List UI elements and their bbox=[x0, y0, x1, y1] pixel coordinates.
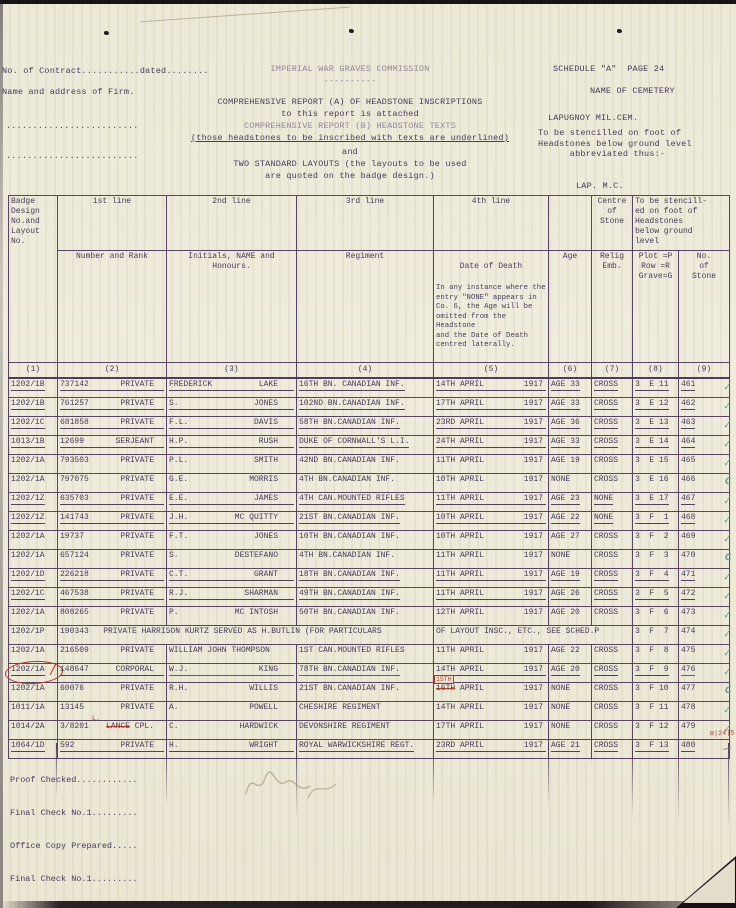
col-header-line3: 3rd line bbox=[297, 196, 434, 251]
table-cell: ROYAL WARWICKSHIRE REGT. bbox=[297, 739, 434, 758]
col-number: (8) bbox=[633, 362, 679, 378]
table-cell: 3 F 2 bbox=[633, 530, 679, 549]
table-cell: 24TH APRIL1917 bbox=[434, 435, 549, 454]
table-cell: AGE 19 bbox=[549, 454, 592, 473]
stencil-note: To be stencilled on foot of Headstones b… bbox=[538, 128, 692, 160]
table-cell: 3 E 11 bbox=[633, 378, 679, 397]
checkmark-annotation: ✓ bbox=[723, 511, 732, 526]
table-cell: 3 F 3 bbox=[633, 549, 679, 568]
table-cell: C.HARDWICK bbox=[167, 720, 297, 739]
table-cell: CROSS bbox=[592, 416, 633, 435]
table-cell: NONE bbox=[549, 720, 592, 739]
table-cell: 3 F 9 bbox=[633, 663, 679, 682]
table-cell: AGE 20 bbox=[549, 663, 592, 682]
table-cell: 1202/1A bbox=[9, 549, 58, 568]
checkmark-annotation: ✓ bbox=[723, 530, 732, 545]
and-word: and bbox=[115, 147, 585, 157]
table-cell: 18TH BN.CANADIAN INF. bbox=[297, 568, 434, 587]
checkmark-annotation: ✓ bbox=[723, 701, 732, 716]
table-cell: CROSS bbox=[592, 739, 633, 758]
table-cell: 468✓ bbox=[679, 511, 730, 530]
table-row: 1202/1C681858PRIVATEF.L.DAVIS58TH BN.CAN… bbox=[9, 416, 730, 435]
table-cell: 1202/1A bbox=[9, 663, 58, 682]
col-header-line4: 4th line bbox=[434, 196, 549, 251]
pencil-mark bbox=[140, 7, 350, 23]
margin-annotation: C bbox=[725, 552, 733, 563]
table-row: 1014/2A3/8201LANCE CPL.L.C.HARDWICKDEVON… bbox=[9, 720, 730, 739]
col-header-number-rank: Number and Rank bbox=[58, 251, 167, 363]
table-cell: 13145PRIVATE bbox=[58, 701, 167, 720]
pin-mark bbox=[104, 31, 109, 35]
firm-line: Name and address of Firm. bbox=[2, 87, 135, 97]
table-cell: 23RD APRIL1917 bbox=[434, 739, 549, 758]
table-cell: H.WRIGHT bbox=[167, 739, 297, 758]
table-cell: 480— bbox=[679, 739, 730, 758]
table-cell: 1202/1C bbox=[9, 416, 58, 435]
table-cell: 11TH APRIL1917 bbox=[434, 587, 549, 606]
table-cell: 10TH APRIL1917 bbox=[434, 473, 549, 492]
table-cell: R.J.SHARMAN bbox=[167, 587, 297, 606]
table-cell: 3 F 4 bbox=[633, 568, 679, 587]
table-cell: DUKE OF CORNWALL'S L.I. bbox=[297, 435, 434, 454]
table-cell: 11TH APRIL1917 bbox=[434, 454, 549, 473]
table-cell: 3 E 12 bbox=[633, 397, 679, 416]
checkmark-annotation: ✓ bbox=[723, 435, 732, 450]
table-cell: 17TH APRIL1917 bbox=[434, 397, 549, 416]
table-cell: 10TH APRIL1917 bbox=[434, 530, 549, 549]
table-cell: 475✓ bbox=[679, 644, 730, 663]
table-cell: 3 F 13 bbox=[633, 739, 679, 758]
table-cell: 466C bbox=[679, 473, 730, 492]
table-body: 1202/1B737142PRIVATEFREDERICKLAKE16TH BN… bbox=[9, 378, 730, 758]
table-cell: 1202/1C bbox=[9, 587, 58, 606]
table-cell: 793503PRIVATE bbox=[58, 454, 167, 473]
table-cell: AGE 21 bbox=[549, 739, 592, 758]
table-cell: 21ST BN.CANADIAN INF. bbox=[297, 682, 434, 701]
table-cell: CROSS bbox=[592, 397, 633, 416]
table-cell: 1202/1P bbox=[9, 625, 58, 644]
col-header-blank bbox=[549, 196, 592, 251]
scan-line-stub bbox=[728, 743, 729, 828]
office-copy-line: Office Copy Prepared..... bbox=[10, 841, 138, 852]
col-number: (4) bbox=[297, 362, 434, 378]
table-cell: AGE 33 bbox=[549, 378, 592, 397]
table-cell: AGE 27 bbox=[549, 530, 592, 549]
table-cell: CROSS bbox=[592, 378, 633, 397]
layouts-line-2: are quoted on the badge design.) bbox=[115, 171, 585, 181]
table-cell: AGE 22 bbox=[549, 511, 592, 530]
table-cell: 461✓ bbox=[679, 378, 730, 397]
table-cell: 1011/1A bbox=[9, 701, 58, 720]
col-header-age: Age bbox=[549, 251, 592, 363]
table-cell: E.E.JAMES bbox=[167, 492, 297, 511]
table-cell: 3 E 14 bbox=[633, 435, 679, 454]
report-a-title: COMPREHENSIVE REPORT (A) OF HEADSTONE IN… bbox=[115, 97, 585, 107]
cemetery-name: LAPUGNOY MIL.CEM. bbox=[548, 113, 638, 123]
table-cell: CROSS bbox=[592, 644, 633, 663]
table-cell: 3 F 6 bbox=[633, 606, 679, 625]
table-cell: 14TH APRIL1917 bbox=[434, 378, 549, 397]
table-cell: 3 F 5 bbox=[633, 587, 679, 606]
table-cell: H.P.RUSH bbox=[167, 435, 297, 454]
handwritten-mark bbox=[238, 760, 348, 804]
table-cell: 467✓ bbox=[679, 492, 730, 511]
final-check-line-2: Final Check No.1......... bbox=[10, 874, 138, 885]
table-cell: 465✓ bbox=[679, 454, 730, 473]
table-cell: 3 F 11 bbox=[633, 701, 679, 720]
table-cell: 3 E 15 bbox=[633, 454, 679, 473]
table-cell: 464✓ bbox=[679, 435, 730, 454]
table-cell: DEVONSHIRE REGIMENT bbox=[297, 720, 434, 739]
table-row: 1013/1B12699SERJEANTH.P.RUSHDUKE OF CORN… bbox=[9, 435, 730, 454]
table-cell: 12699SERJEANT bbox=[58, 435, 167, 454]
table-cell: 681858PRIVATE bbox=[58, 416, 167, 435]
table-cell: 761257PRIVATE bbox=[58, 397, 167, 416]
table-cell: 10TH BN.CANADIAN INF. bbox=[297, 530, 434, 549]
checkmark-annotation: ✓ bbox=[723, 644, 732, 659]
table-cell: 1202/1A bbox=[9, 606, 58, 625]
table-cell: AGE 33 bbox=[549, 435, 592, 454]
table-cell: AGE 33 bbox=[549, 397, 592, 416]
proof-checked-line: Proof Checked............ bbox=[10, 775, 138, 786]
table-cell: NONE bbox=[549, 682, 592, 701]
table-row: 1202/1A148647CORPORALW.J.KING78TH BN.CAN… bbox=[9, 663, 730, 682]
table-cell: 15TH16TH APRIL1917 bbox=[434, 682, 549, 701]
scan-edge-top bbox=[0, 0, 736, 4]
table-cell: 78TH BN.CANADIAN INF. bbox=[297, 663, 434, 682]
table-cell: AGE 22 bbox=[549, 644, 592, 663]
table-cell: OF LAYOUT INSC., ETC., SEE SCHED.P bbox=[434, 625, 633, 644]
table-cell: CROSS bbox=[592, 568, 633, 587]
table-cell: 737142PRIVATE bbox=[58, 378, 167, 397]
table-cell: F.T.JONES bbox=[167, 530, 297, 549]
table-cell: A.POWELL bbox=[167, 701, 297, 720]
checkmark-annotation: ✓ bbox=[723, 397, 732, 412]
table-cell: CROSS bbox=[592, 454, 633, 473]
table-cell: 462✓ bbox=[679, 397, 730, 416]
table-cell: 50TH BN.CANADIAN INF. bbox=[297, 606, 434, 625]
table-row: 1011/1A13145PRIVATEA.POWELLCHESHIRE REGI… bbox=[9, 701, 730, 720]
table-cell: CROSS bbox=[592, 701, 633, 720]
table-cell: 1013/1B bbox=[9, 435, 58, 454]
date-note: In any instance where the entry "NONE" a… bbox=[436, 284, 546, 351]
footer-checks: Proof Checked............ Final Check No… bbox=[10, 753, 138, 907]
table-cell: 1202/1B bbox=[9, 397, 58, 416]
table-row: 1202/1A216509PRIVATEWILLIAM JOHN THOMPSO… bbox=[9, 644, 730, 663]
table-cell: 479✓R|24|5 bbox=[679, 720, 730, 739]
table-cell: 49TH BN.CANADIAN INF. bbox=[297, 587, 434, 606]
table-cell: AGE 26 bbox=[549, 587, 592, 606]
table-cell: AGE 23 bbox=[549, 492, 592, 511]
table-cell: FREDERICKLAKE bbox=[167, 378, 297, 397]
col-number: (6) bbox=[549, 362, 592, 378]
table-cell: NONE bbox=[592, 492, 633, 511]
table-cell: 216509PRIVATE bbox=[58, 644, 167, 663]
col-number: (9) bbox=[679, 362, 730, 378]
table-cell: AGE 36 bbox=[549, 416, 592, 435]
table-cell: 1ST CAN.MOUNTED RIFLES bbox=[297, 644, 434, 663]
checkmark-annotation: ✓ bbox=[723, 625, 732, 640]
table-cell: 21ST BN.CANADIAN INF. bbox=[297, 511, 434, 530]
table-cell: 148647CORPORAL bbox=[58, 663, 167, 682]
col-number: (2) bbox=[58, 362, 167, 378]
table-cell: 472✓ bbox=[679, 587, 730, 606]
table-cell: 23RD APRIL1917 bbox=[434, 416, 549, 435]
attached-line: to this report is attached bbox=[115, 109, 585, 119]
table-row: 1202/1A808265PRIVATEP.MC INTOSH50TH BN.C… bbox=[9, 606, 730, 625]
scan-line-stub bbox=[632, 743, 633, 818]
margin-annotation: C bbox=[725, 476, 733, 487]
scanned-document-page: No. of Contract...........dated........ … bbox=[0, 0, 736, 908]
title-underline: ---------- bbox=[115, 76, 585, 86]
table-cell: 11TH APRIL1917 bbox=[434, 568, 549, 587]
table-cell: 469✓ bbox=[679, 530, 730, 549]
table-cell: CROSS bbox=[592, 587, 633, 606]
table-cell: 11TH APRIL1917 bbox=[434, 644, 549, 663]
table-row: 1202/1B761257PRIVATES.JONES102ND BN.CANA… bbox=[9, 397, 730, 416]
pin-mark bbox=[349, 29, 354, 33]
table-row: 1202/1A60076PRIVATER.H.WILLIS21ST BN.CAN… bbox=[9, 682, 730, 701]
table-cell: 3/8201LANCE CPL.L. bbox=[58, 720, 167, 739]
table-row: 1202/1A19737PRIVATEF.T.JONES10TH BN.CANA… bbox=[9, 530, 730, 549]
table-row: 1202/1P190343 PRIVATE HARRISON KURTZ SER… bbox=[9, 625, 730, 644]
layouts-line-1: TWO STANDARD LAYOUTS (the layouts to be … bbox=[115, 159, 585, 169]
table-cell: 1202/1A bbox=[9, 530, 58, 549]
table-cell: 3 F 10 bbox=[633, 682, 679, 701]
col-header-badge: Badge Design No.and Layout No. bbox=[9, 196, 58, 363]
table-row: 1202/1D226218PRIVATEC.T.GRANT18TH BN.CAN… bbox=[9, 568, 730, 587]
table-cell: 3 F 1 bbox=[633, 511, 679, 530]
checkmark-annotation: ✓ bbox=[723, 379, 732, 394]
table-cell: 476✓ bbox=[679, 663, 730, 682]
red-ink-note: R|24|5 bbox=[709, 729, 734, 738]
table-cell: 478✓ bbox=[679, 701, 730, 720]
table-cell: 473✓ bbox=[679, 606, 730, 625]
table-cell: S.DESTEFANO bbox=[167, 549, 297, 568]
table-cell: NONE bbox=[549, 549, 592, 568]
table-cell: 471✓ bbox=[679, 568, 730, 587]
table-cell: S.JONES bbox=[167, 397, 297, 416]
table-cell: 14TH APRIL1917 bbox=[434, 701, 549, 720]
table-cell: 190343 PRIVATE HARRISON KURTZ SERVED AS … bbox=[58, 625, 434, 644]
table-cell: CHESHIRE REGIMENT bbox=[297, 701, 434, 720]
col-header-regiment: Regiment bbox=[297, 251, 434, 363]
col-header-plot: Plot =P Row =R Grave=G bbox=[633, 251, 679, 363]
checkmark-annotation: ✓ bbox=[723, 416, 732, 431]
table-cell: R.H.WILLIS bbox=[167, 682, 297, 701]
col-header-stone: No. of Stone bbox=[679, 251, 730, 363]
scan-line-stub bbox=[166, 743, 167, 808]
col-header-line1: 1st line bbox=[58, 196, 167, 251]
table-cell: CROSS bbox=[592, 663, 633, 682]
margin-annotation: C bbox=[725, 685, 733, 696]
table-cell: NONE bbox=[549, 701, 592, 720]
table-row: 1202/1A797075PRIVATEG.E.MORRIS4TH BN.CAN… bbox=[9, 473, 730, 492]
col-number: (7) bbox=[592, 362, 633, 378]
col-number: (3) bbox=[167, 362, 297, 378]
col-header-centre: Centre of Stone bbox=[592, 196, 633, 251]
table-cell: 60076PRIVATE bbox=[58, 682, 167, 701]
table-cell: G.E.MORRIS bbox=[167, 473, 297, 492]
table-row: 1202/1B737142PRIVATEFREDERICKLAKE16TH BN… bbox=[9, 378, 730, 397]
table-cell: W.J.KING bbox=[167, 663, 297, 682]
table-cell: CROSS bbox=[592, 720, 633, 739]
col-header-stencil: To be stencill- ed on foot of Headstones… bbox=[633, 196, 730, 251]
table-cell: 1202/1Z bbox=[9, 492, 58, 511]
commission-title: IMPERIAL WAR GRAVES COMMISSION bbox=[115, 64, 585, 74]
table-cell: AGE 20 bbox=[549, 606, 592, 625]
table-row: 1202/1Z635703PRIVATEE.E.JAMES4TH CAN.MOU… bbox=[9, 492, 730, 511]
underlined-note: (those headstones to be inscribed with t… bbox=[115, 133, 585, 143]
table-cell: 12TH APRIL1917 bbox=[434, 606, 549, 625]
table-cell: 1202/1Z bbox=[9, 511, 58, 530]
table-cell: CROSS bbox=[592, 435, 633, 454]
table-cell: 17TH APRIL1917 bbox=[434, 720, 549, 739]
scan-line-stub bbox=[548, 743, 549, 808]
pin-mark bbox=[617, 29, 622, 33]
table-cell: 467538PRIVATE bbox=[58, 587, 167, 606]
table-cell: 474✓ bbox=[679, 625, 730, 644]
table-row: 1202/1Z141743PRIVATEJ.H.MC QUITTY21ST BN… bbox=[9, 511, 730, 530]
table-cell: 3 E 13 bbox=[633, 416, 679, 435]
table-cell: CROSS bbox=[592, 473, 633, 492]
table-cell: CROSS bbox=[592, 682, 633, 701]
table-cell: 141743PRIVATE bbox=[58, 511, 167, 530]
table-cell: 797075PRIVATE bbox=[58, 473, 167, 492]
table-cell: CROSS bbox=[592, 530, 633, 549]
table-cell: 11TH APRIL1917 bbox=[434, 549, 549, 568]
table-cell: 635703PRIVATE bbox=[58, 492, 167, 511]
table-cell: F.L.DAVIS bbox=[167, 416, 297, 435]
table-cell: 102ND BN.CANADIAN INF. bbox=[297, 397, 434, 416]
checkmark-annotation: ✓ bbox=[723, 568, 732, 583]
table-cell: 477C bbox=[679, 682, 730, 701]
scan-edge-bottom bbox=[0, 901, 736, 908]
table-row: 1202/1A793503PRIVATEP.L.SMITH42ND BN.CAN… bbox=[9, 454, 730, 473]
table-cell: 4TH BN.CANADIAN INF. bbox=[297, 473, 434, 492]
scan-edge-left bbox=[0, 0, 3, 908]
table-cell: AGE 19 bbox=[549, 568, 592, 587]
table-cell: 3 E 17 bbox=[633, 492, 679, 511]
scan-line-stub bbox=[678, 743, 679, 823]
col-header-relig: Relig Emb. bbox=[592, 251, 633, 363]
table-cell: 226218PRIVATE bbox=[58, 568, 167, 587]
table-cell: 1014/2A bbox=[9, 720, 58, 739]
table-row: 1202/1C467538PRIVATER.J.SHARMAN49TH BN.C… bbox=[9, 587, 730, 606]
col-header-date: Date of Death In any instance where the … bbox=[434, 251, 549, 363]
table-cell: CROSS bbox=[592, 606, 633, 625]
table-cell: 3 E 16 bbox=[633, 473, 679, 492]
table-cell: 1202/1A bbox=[9, 473, 58, 492]
table-cell: 4TH CAN.MOUNTED RIFLES bbox=[297, 492, 434, 511]
headstone-table: Badge Design No.and Layout No. 1st line … bbox=[8, 195, 730, 759]
table-cell: WILLIAM JOHN THOMPSON bbox=[167, 644, 297, 663]
checkmark-annotation: ✓ bbox=[723, 663, 732, 678]
schedule-label: SCHEDULE "A" PAGE 24 bbox=[553, 64, 664, 74]
table-cell: 4TH BN.CANADIAN INF. bbox=[297, 549, 434, 568]
table-cell: 808265PRIVATE bbox=[58, 606, 167, 625]
table-cell: 3 F 7 bbox=[633, 625, 679, 644]
cemetery-label: NAME OF CEMETERY bbox=[590, 86, 675, 96]
col-header-initials: Initials, NAME and Honours. bbox=[167, 251, 297, 363]
table-cell: P.MC INTOSH bbox=[167, 606, 297, 625]
col-header-line2: 2nd line bbox=[167, 196, 297, 251]
table-cell: NONE bbox=[549, 473, 592, 492]
date-of-death-label: Date of Death bbox=[460, 262, 522, 271]
table-cell: C.T.GRANT bbox=[167, 568, 297, 587]
table-cell: 19737PRIVATE bbox=[58, 530, 167, 549]
table-cell: 3 F 12 bbox=[633, 720, 679, 739]
col-number: (5) bbox=[434, 362, 549, 378]
table-cell: 3 F 8 bbox=[633, 644, 679, 663]
table-cell: 11TH APRIL1917 bbox=[434, 492, 549, 511]
col-number: (1) bbox=[9, 362, 58, 378]
table-cell: J.H.MC QUITTY bbox=[167, 511, 297, 530]
report-b-title: COMPREHENSIVE REPORT (B) HEADSTONE TEXTS bbox=[115, 121, 585, 131]
scan-line-stub bbox=[433, 743, 434, 803]
final-check-line-1: Final Check No.1......... bbox=[10, 808, 138, 819]
table-cell: 657124PRIVATE bbox=[58, 549, 167, 568]
table-row: 1202/1A657124PRIVATES.DESTEFANO4TH BN.CA… bbox=[9, 549, 730, 568]
table-cell: 470C bbox=[679, 549, 730, 568]
table-cell: 1202/1A bbox=[9, 682, 58, 701]
table-cell: P.L.SMITH bbox=[167, 454, 297, 473]
table-cell: 42ND BN.CANADIAN INF. bbox=[297, 454, 434, 473]
table-cell: 1202/1A bbox=[9, 454, 58, 473]
checkmark-annotation: ✓ bbox=[723, 492, 732, 507]
table-cell: 10TH APRIL1917 bbox=[434, 511, 549, 530]
table-cell: 1202/1D bbox=[9, 568, 58, 587]
checkmark-annotation: ✓ bbox=[723, 606, 732, 621]
stencil-abbreviation: LAP. M.C. bbox=[576, 181, 624, 191]
table-cell: 16TH BN. CANADIAN INF. bbox=[297, 378, 434, 397]
table-cell: 1202/1B bbox=[9, 378, 58, 397]
table-cell: 463✓ bbox=[679, 416, 730, 435]
scan-line-stub bbox=[591, 743, 592, 763]
checkmark-annotation: ✓ bbox=[723, 454, 732, 469]
table-cell: NONE bbox=[592, 511, 633, 530]
table-cell: CROSS bbox=[592, 549, 633, 568]
checkmark-annotation: ✓ bbox=[723, 587, 732, 602]
table-cell: 58TH BN.CANADIAN INF. bbox=[297, 416, 434, 435]
